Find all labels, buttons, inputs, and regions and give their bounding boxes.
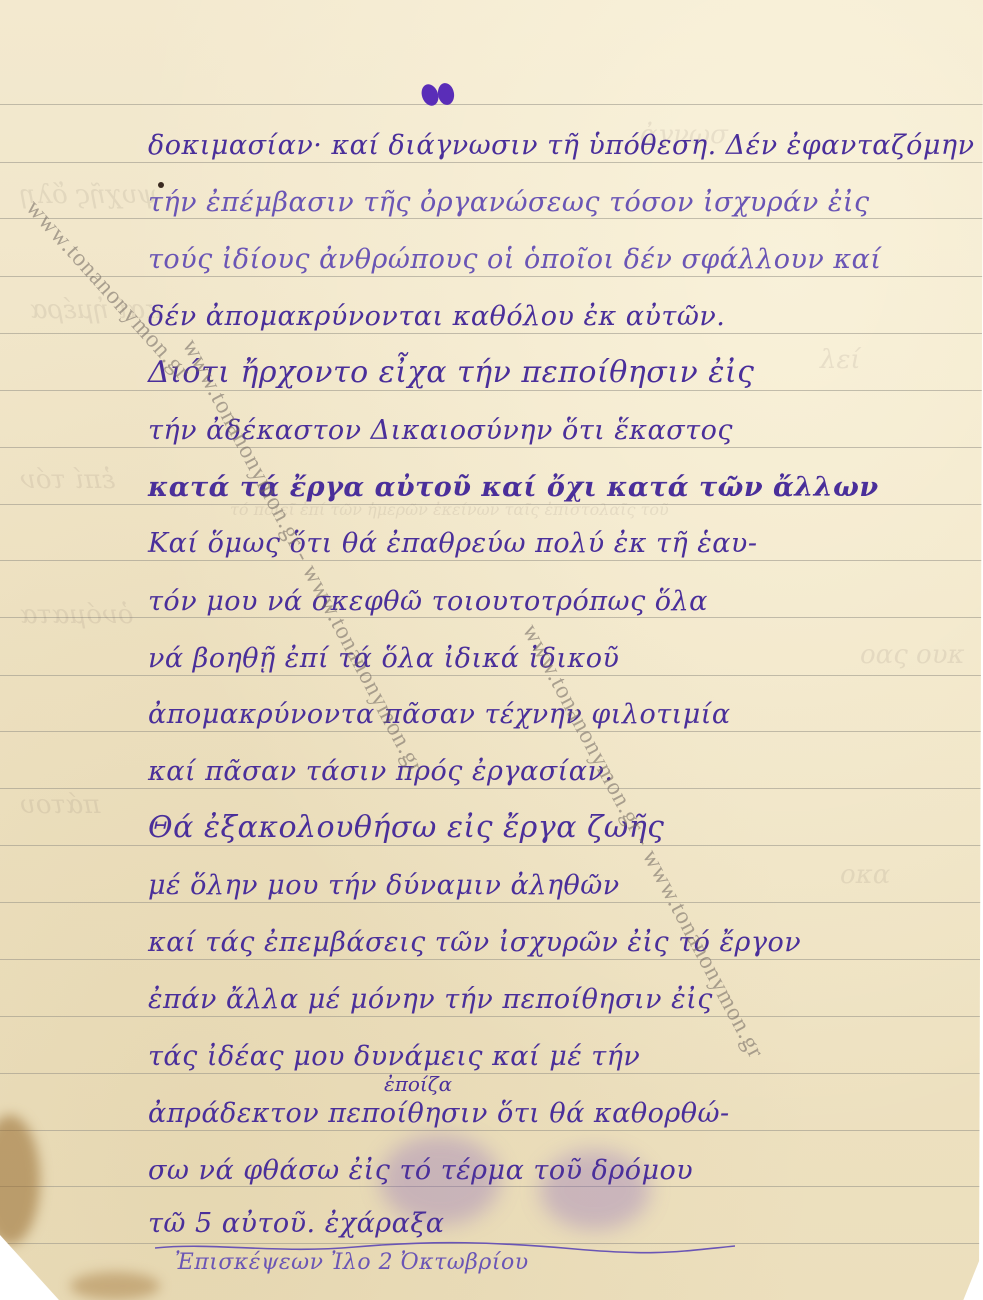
- ruled-line: [0, 675, 983, 676]
- bleed-through-text: πάτου: [20, 790, 101, 820]
- bleed-through-text: λεί: [820, 345, 861, 375]
- water-stain: [70, 1272, 160, 1300]
- watermark: www.tonanonymon.gr: [20, 195, 196, 386]
- interlinear-insertion: ἐποίζα: [384, 1072, 452, 1096]
- letter-line-9: τόν μου νά σκεφθῶ τοιουτοτρόπως ὅλα: [148, 588, 708, 615]
- letter-line-5: Διότι ἤρχοντο εἶχα τήν πεποίθησιν ἐἰς: [148, 358, 754, 388]
- ruled-line: [0, 902, 983, 903]
- letter-line-14: μέ ὅλην μου τήν δύναμιν ἀληθῶν: [148, 872, 620, 899]
- letter-line-20: τῶ 5 αὐτοῦ. ἐχάραξα: [148, 1210, 445, 1237]
- ruled-line: [0, 162, 983, 163]
- letter-line-4: δέν ἀπομακρύνονται καθόλου ἐκ αὐτῶν.: [148, 303, 725, 330]
- letter-line-13: Θά ἐξακολουθήσω εἰς ἔργα ζωῆς: [148, 813, 665, 843]
- letter-line-16: ἐπάν ἄλλα μέ μόνην τήν πεποίθησιν ἐἰς: [148, 986, 713, 1013]
- signature-line: Ἐπισκέψεων Ἰλο 2 Ὀκτωβρίου: [175, 1252, 529, 1274]
- bleed-through-text: ἐπί τόν: [20, 465, 115, 495]
- letter-line-17: τάς ἰδέας μου δυνάμεις καί μέ τήν: [148, 1043, 640, 1070]
- letter-line-1: δοκιμασίαν· καί διάγνωσιν τῆ ὑπόθεση. Δέ…: [148, 132, 975, 159]
- ruled-line: [0, 447, 983, 448]
- letter-line-12: καί πᾶσαν τάσιν πρός ἐργασίαν.: [148, 758, 613, 785]
- ruled-line: [0, 788, 983, 789]
- ruled-line: [0, 1073, 983, 1074]
- bleed-through-text: οας ουκ: [860, 640, 965, 670]
- ruled-line: [0, 731, 983, 732]
- letter-line-8: Καί ὅμως ὅτι θά ἐπαθρεύω πολύ ἐκ τῆ ἑαυ-: [148, 530, 757, 557]
- ruled-line: [0, 617, 983, 618]
- ruled-line: [0, 390, 983, 391]
- water-stain: [0, 1115, 40, 1245]
- ruled-line: [0, 104, 983, 105]
- bleed-through-text: οκα: [840, 860, 890, 890]
- ink-blot-icon: [420, 82, 458, 112]
- letter-line-19: σω νά φθάσω ἐἰς τό τέρμα τοῦ δρόμου: [148, 1157, 693, 1184]
- ruled-line: [0, 959, 983, 960]
- letter-line-18: ἀπράδεκτον πεποίθησιν ὅτι θά καθορθώ-: [148, 1100, 730, 1127]
- ruled-line: [0, 560, 983, 561]
- ruled-line: [0, 1130, 983, 1131]
- bleed-through-text: ὀνόματα: [20, 600, 134, 630]
- ruled-line: [0, 218, 983, 219]
- letter-line-2: τήν ἐπέμβασιν τῆς ὀργανώσεως τόσον ἰσχυρ…: [148, 189, 870, 216]
- ruled-line: [0, 276, 983, 277]
- letter-line-11: ἀπομακρύνοντα πᾶσαν τέχνην φιλοτιμία: [148, 701, 731, 728]
- ruled-line: [0, 1016, 983, 1017]
- letter-page: ἀγνωσ ψυχῆς ὅλη καί ἡμέρα λεί ἐπί τόν τό…: [0, 0, 983, 1300]
- ruled-line: [0, 845, 983, 846]
- letter-line-3: τούς ἰδίους ἀνθρώπους οἱ ὁποῖοι δέν σφάλ…: [148, 246, 881, 273]
